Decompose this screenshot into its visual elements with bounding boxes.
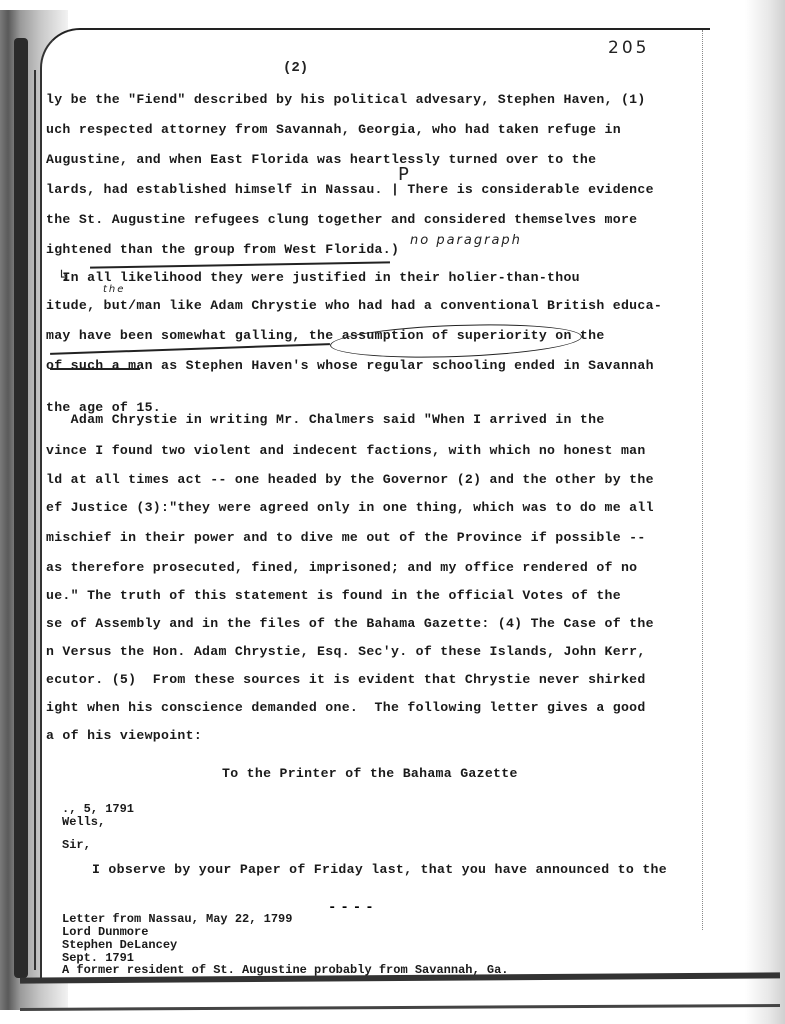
body-line: itude, but/man like Adam Chrystie who ha… [46, 298, 662, 313]
body-line: n Versus the Hon. Adam Chrystie, Esq. Se… [46, 644, 646, 659]
binding-edge-line [34, 70, 36, 970]
body-line: ld at all times act -- one headed by the… [46, 472, 654, 487]
body-line: uch respected attorney from Savannah, Ge… [46, 122, 621, 137]
body-line: ue." The truth of this statement is foun… [46, 588, 621, 603]
body-line: ecutor. (5) From these sources it is evi… [46, 672, 646, 687]
body-line: ef Justice (3):"they were agreed only in… [46, 500, 654, 515]
insert-the-annotation: the [103, 284, 125, 295]
paragraph-mark-annotation: P [398, 164, 411, 185]
no-paragraph-annotation: no paragraph [410, 233, 522, 248]
right-edge-shadow [745, 0, 785, 1024]
body-line: as therefore prosecuted, fined, imprison… [46, 560, 637, 575]
body-line: Adam Chrystie in writing Mr. Chalmers sa… [46, 412, 605, 427]
letter-place: Wells, [62, 815, 105, 829]
page-number: 205 [608, 38, 649, 58]
footnote-divider: ---- [328, 900, 378, 916]
footnote-5: A former resident of St. Augustine proba… [62, 963, 508, 977]
body-line: ightened than the group from West Florid… [46, 242, 399, 257]
body-line: In all likelihood they were justified in… [46, 270, 580, 285]
body-line: the St. Augustine refugees clung togethe… [46, 212, 637, 227]
footnote-2: Lord Dunmore [62, 925, 148, 939]
arrow-annotation: ↳ [58, 268, 72, 284]
body-line: a of his viewpoint: [46, 728, 202, 743]
letter-heading: To the Printer of the Bahama Gazette [222, 766, 518, 781]
body-line: ly be the "Fiend" described by his polit… [46, 92, 646, 107]
page-bottom-shadow [20, 1004, 780, 1011]
page-right-edge [702, 30, 705, 930]
letter-first-line: I observe by your Paper of Friday last, … [92, 862, 667, 877]
footnote-3: Stephen DeLancey [62, 938, 177, 952]
body-line: Augustine, and when East Florida was hea… [46, 152, 596, 167]
body-line: ight when his conscience demanded one. T… [46, 700, 646, 715]
letter-salutation: Sir, [62, 838, 91, 852]
body-line: mischief in their power and to dive me o… [46, 530, 646, 545]
section-marker: (2) [283, 60, 308, 76]
strikethrough-annotation [50, 368, 140, 370]
body-line: lards, had established himself in Nassau… [46, 182, 654, 197]
binding-spine [14, 38, 28, 978]
footnote-1: Letter from Nassau, May 22, 1799 [62, 912, 292, 926]
body-line: vince I found two violent and indecent f… [46, 443, 646, 458]
body-line: of such a man as Stephen Haven's whose r… [46, 358, 654, 373]
letter-date: ., 5, 1791 [62, 802, 134, 816]
body-line: se of Assembly and in the files of the B… [46, 616, 654, 631]
